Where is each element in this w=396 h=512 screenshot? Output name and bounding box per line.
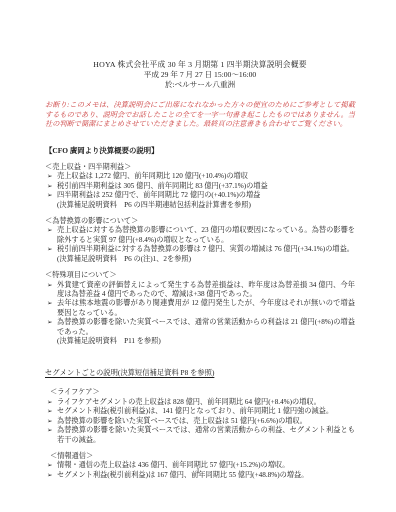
bullet-arrow-icon: ➢ [45,299,57,318]
bullet-text: 四半期利益は 252 億円で、前年同期比 72 億円の(+40.1%)の増益 [57,191,355,200]
bullet-arrow-icon: ➢ [45,426,57,445]
bullet-item: ➢税引前四半期利益は 305 億円、前年同期比 83 億円(+37.1%)の増益 [45,182,355,191]
bullet-item: ➢売上収益は 1,272 億円、前年同期比 120 億円(+10.4%)の増収 [45,172,355,181]
document-title: HOYA 株式会社平成 30 年 3 月期第 1 四半期決算説明会概要 [45,60,355,70]
subsection: ＜為替換算の影響について＞➢売上収益に対する為替換算の影響について、23 億円の… [45,217,355,264]
bullet-text: 為替換算の影響を除いた実質ベースでは、通常の営業活動からの利益、セグメント利益と… [57,426,355,445]
bullet-item: ➢為替換算の影響を除いた実質ベースでは、通常の営業活動からの利益は 21 億円(… [45,318,355,337]
bullet-arrow-icon: ➢ [45,318,57,337]
bullet-text: 為替換算の影響を除いた実質ベースでは、売上収益は 51 億円(+6.6%)の増収… [57,417,355,426]
subsection-heading: ＜ライフケア＞ [45,388,355,398]
bullet-text: セグメント利益(税引前利益)は、141 億円となっており、前年同期比 1 億円強… [57,407,355,416]
reference-note: (決算補足説明資料 P6 の四半期連結包括利益計算書を参照) [45,201,355,210]
document-page: HOYA 株式会社平成 30 年 3 月期第 1 四半期決算説明会概要 平成 2… [0,0,396,512]
bullet-text: 税引前四半期利益は 305 億円、前年同期比 83 億円(+37.1%)の増益 [57,182,355,191]
bullet-item: ➢去年は熊本地震の影響があり関連費用が 12 億円発生したが、今年度はそれが無い… [45,299,355,318]
subsection-heading: ＜売上収益・四半期利益＞ [45,163,355,173]
subsection: ＜売上収益・四半期利益＞➢売上収益は 1,272 億円、前年同期比 120 億円… [45,163,355,210]
bullet-arrow-icon: ➢ [45,417,57,426]
session-datetime: 平成 29 年 7 月 27 日 15:00～16:00 [45,70,355,80]
session-venue: 於:ベルサール八重洲 [45,80,355,90]
reference-note: (決算補足説明資料 P11 を参照) [45,337,355,346]
bullet-arrow-icon: ➢ [45,281,57,300]
bullet-item: ➢為替換算の影響を除いた実質ベースでは、通常の営業活動からの利益、セグメント利益… [45,426,355,445]
bullet-item: ➢売上収益に対する為替換算の影響について、23 億円の増収要因になっている。為替… [45,226,355,245]
bullet-arrow-icon: ➢ [45,172,57,181]
cfo-subsections: ＜売上収益・四半期利益＞➢売上収益は 1,272 億円、前年同期比 120 億円… [45,163,355,347]
subsection: ＜ライフケア＞➢ライフケアセグメントの売上収益は 828 億円、前年同期比 64… [45,388,355,445]
bullet-item: ➢税引前四半期利益に対する為替換算の影響は 7 億円、実質の増減は 76 億円(… [45,245,355,254]
reference-note: (決算補足説明資料 P6 の(注)1、2を参照) [45,255,355,264]
subsection: ＜特殊項目について＞➢外貨建て資産の評価替えによって発生する為替差損益は、昨年度… [45,271,355,346]
subsection-heading: ＜情報通信＞ [45,452,355,462]
segment-section-heading: セグメントごとの説明(決算短信補足資料 P8 を参照) [45,368,355,378]
document-content: HOYA 株式会社平成 30 年 3 月期第 1 四半期決算説明会概要 平成 2… [45,60,355,480]
bullet-arrow-icon: ➢ [45,226,57,245]
bullet-item: ➢セグメント利益(税引前利益)は、141 億円となっており、前年同期比 1 億円… [45,407,355,416]
document-header: HOYA 株式会社平成 30 年 3 月期第 1 四半期決算説明会概要 平成 2… [45,60,355,90]
bullet-text: 売上収益に対する為替換算の影響について、23 億円の増収要因になっている。為替の… [57,226,355,245]
bullet-text: 外貨建て資産の評価替えによって発生する為替差損益は、昨年度は為替差損 34 億円… [57,281,355,300]
bullet-text: 去年は熊本地震の影響があり関連費用が 12 億円発生したが、今年度はそれが無いの… [57,299,355,318]
bullet-arrow-icon: ➢ [45,182,57,191]
bullet-text: ライフケアセグメントの売上収益は 828 億円、前年同期比 64 億円(+8.4… [57,398,355,407]
bullet-item: ➢外貨建て資産の評価替えによって発生する為替差損益は、昨年度は為替差損 34 億… [45,281,355,300]
bullet-text: 売上収益は 1,272 億円、前年同期比 120 億円(+10.4%)の増収 [57,172,355,181]
subsection-heading: ＜為替換算の影響について＞ [45,217,355,227]
bullet-item: ➢為替換算の影響を除いた実質ベースでは、売上収益は 51 億円(+6.6%)の増… [45,417,355,426]
bullet-text: 税引前四半期利益に対する為替換算の影響は 7 億円、実質の増減は 76 億円(+… [57,245,355,254]
bullet-arrow-icon: ➢ [45,245,57,254]
page-number: 1 [0,466,396,475]
cfo-section-heading: 【CFO 廣岡より決算概要の説明】 [45,146,355,156]
disclaimer-note: お断り:このメモは、決算説明会にご出席になれなかった方々の便宜のためにご参考とし… [45,101,355,130]
bullet-arrow-icon: ➢ [45,191,57,200]
bullet-arrow-icon: ➢ [45,407,57,416]
bullet-item: ➢ライフケアセグメントの売上収益は 828 億円、前年同期比 64 億円(+8.… [45,398,355,407]
subsection-heading: ＜特殊項目について＞ [45,271,355,281]
bullet-text: 為替換算の影響を除いた実質ベースでは、通常の営業活動からの利益は 21 億円(+… [57,318,355,337]
bullet-item: ➢四半期利益は 252 億円で、前年同期比 72 億円の(+40.1%)の増益 [45,191,355,200]
bullet-arrow-icon: ➢ [45,398,57,407]
